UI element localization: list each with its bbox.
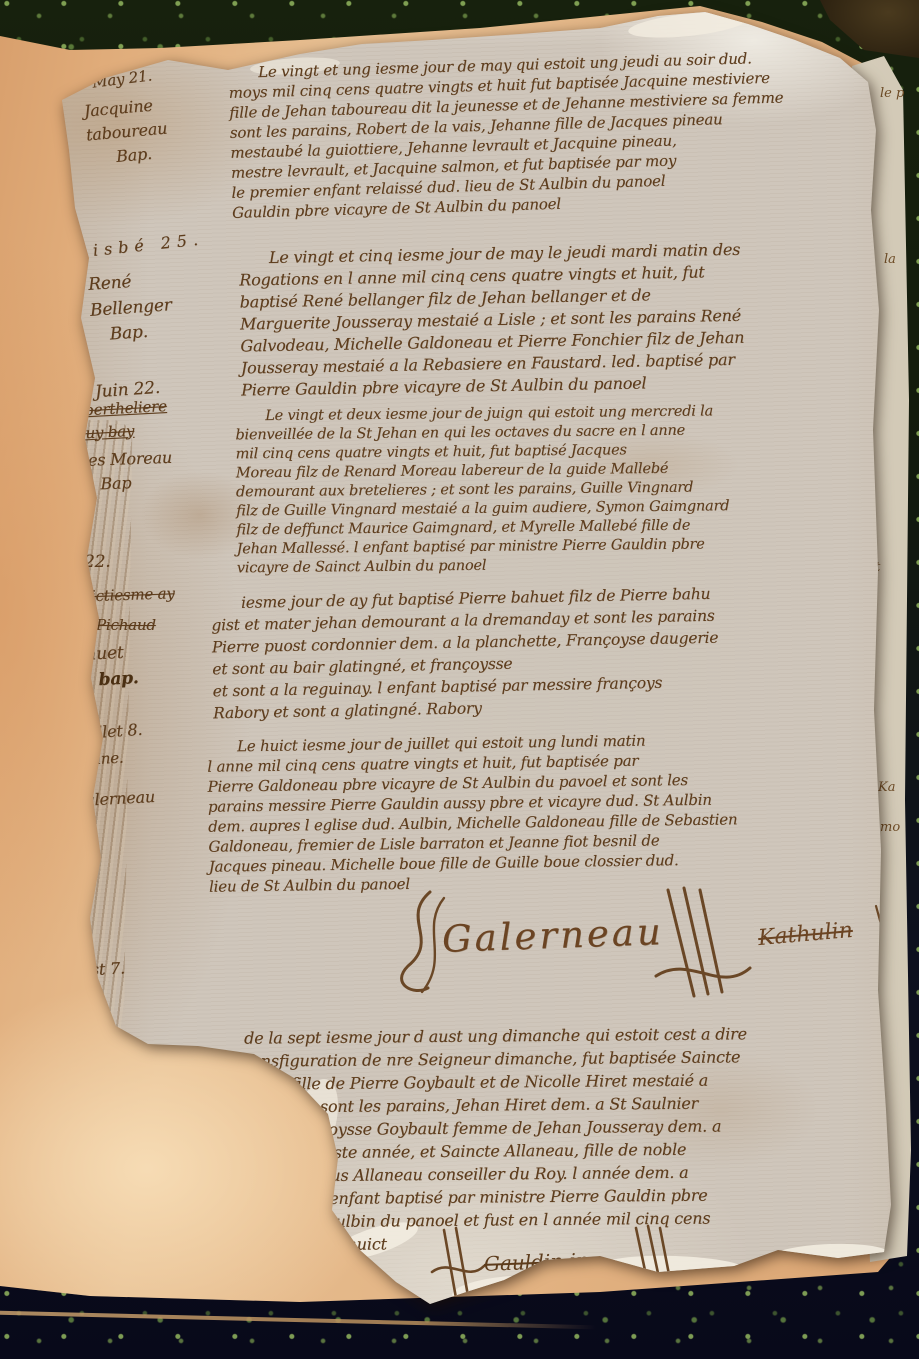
margin-date-aoust-7: aoust 7. [62,958,126,980]
margin-name-jacquine-taboureau: JacquinetaboureauBap. [83,93,170,172]
signature-flourish [870,894,910,994]
margin-date-juillet-8: Juillet 8. [75,720,142,744]
torn-highlight [627,8,749,42]
margin-fragment-ere: ere [40,624,66,643]
signature-kathulin: Kathulin [757,918,854,951]
baptism-record-pierre-bahuet: iesme jour de ay fut baptisé Pierre bahu… [211,580,881,725]
margin-date-22: 22. [84,552,110,572]
margin-date-25: Lisbé 25. [75,229,204,261]
margin-name-galerneau: Mle GalerneauBap. [37,785,157,839]
margin-name-rene-bellenger: RenéBellengerBap. [87,267,174,349]
margin-struck-date: huictiesme ay [72,584,175,606]
signature-gauldin: Gauldin in [484,1248,590,1276]
margin-struck-pichaud: Pichaud [96,616,156,634]
signature-block-gauldin: Gauldin in [428,1222,768,1312]
baptism-record-jacques-moreau: Le vingt et deux iesme jour de juign qui… [235,401,882,579]
baptism-record-michelle-galerneau: Le huict iesme jour de juillet qui estoi… [207,727,885,896]
signature-block-galerneau: Galerneau Kathulin [330,888,910,1003]
margin-name-joybault: Joybault [88,1061,154,1082]
margin-struck-note: Jille berthelieredu puy bay [51,395,169,446]
signature-paraph-hatches [650,884,760,1004]
margin-name-bahuet: Bahuetbap. [63,640,139,695]
signature-paraph-hatches [428,1224,488,1304]
manuscript-photo: le p la Ka mo fut Le vingt et ung iesme … [0,0,919,1359]
baptism-record-rene-bellenger: Le vingt et cinq iesme jour de may le je… [239,236,877,401]
manuscript-page: Le vingt et ung iesme jour de may qui es… [0,0,919,1359]
margin-date-may-21: May 21. [91,66,153,91]
margin-name-jeanne: Jeanne. [68,749,124,770]
margin-name-jacques-moreau: Jacques MoreauBap [43,446,173,498]
signature-paraph-hatches [624,1222,674,1300]
signature-galerneau: Galerneau [441,910,664,961]
margin-fragment-ault: ault [54,998,85,1017]
baptism-record-jacquine-taboureau: Le vingt et ung iesme jour de may qui es… [228,45,872,223]
margin-fragment-o: o. [120,1096,132,1112]
manuscript-page-shadow: Le vingt et ung iesme jour de may qui es… [0,0,919,1359]
